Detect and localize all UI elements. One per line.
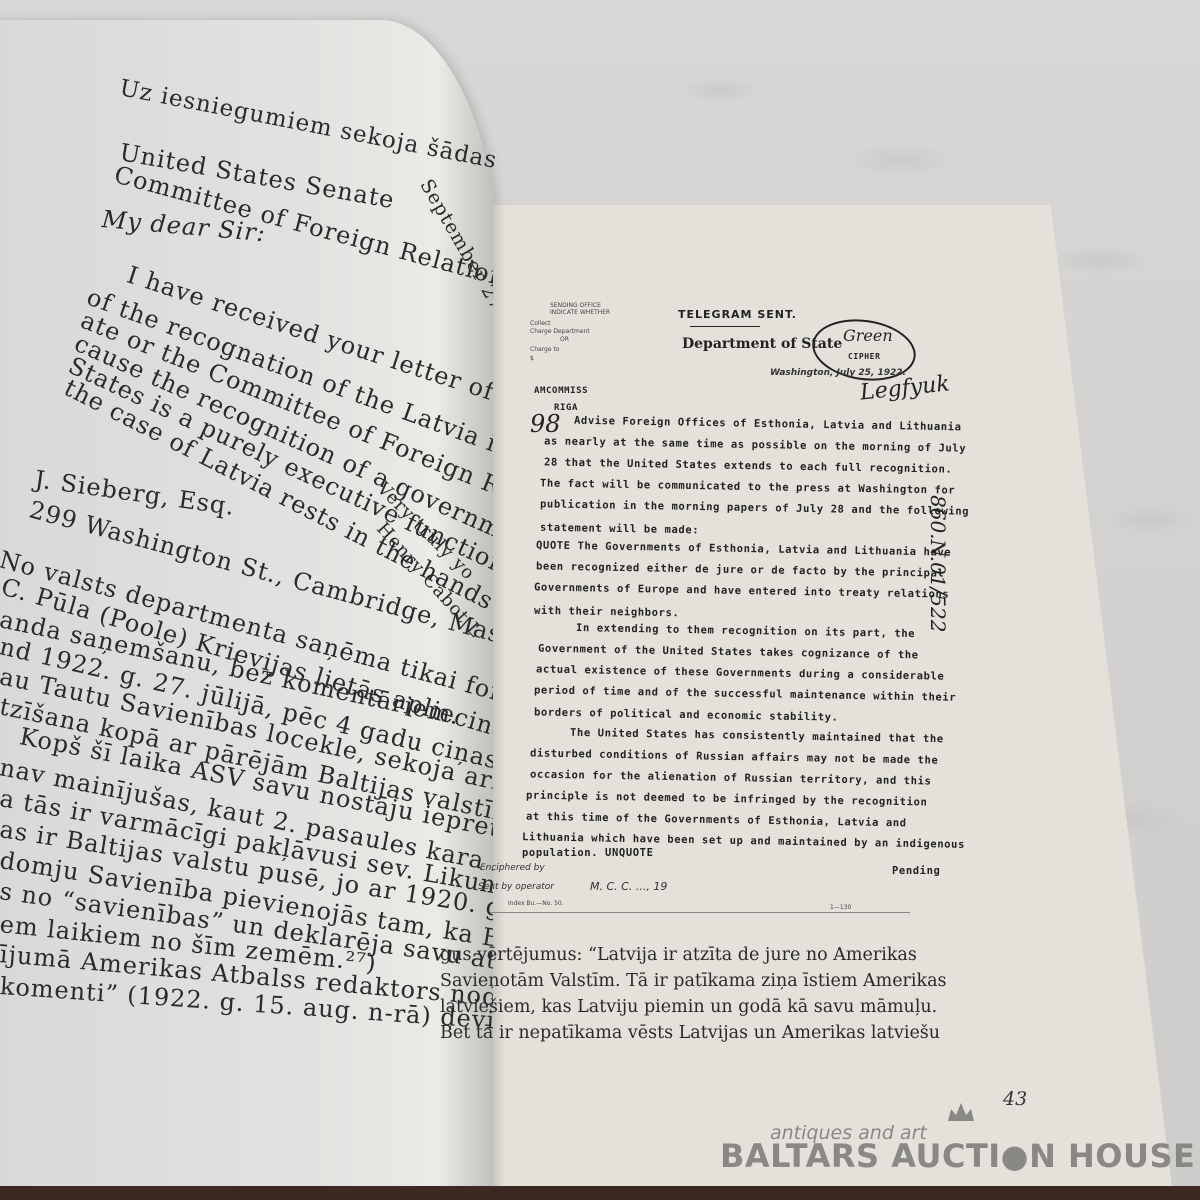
sent-by-value: M. C. C. ..., 19 (590, 880, 667, 893)
telegram-line: period of time and of the successful mai… (534, 684, 956, 703)
telegram-line: In extending to them recognition on its … (576, 622, 915, 640)
telegram-line: Governments of Europe and have entered i… (534, 581, 949, 600)
book-gutter-shadow (493, 205, 505, 1195)
handwritten-green: Green (843, 326, 893, 345)
text-line: Savienotām Valstīm. Tā ir patīkama ziņa … (440, 971, 947, 991)
sent-by-label: Sent by operator (478, 882, 554, 892)
telegram-indicate: INDICATE WHETHER (550, 309, 610, 316)
telegram-index: Index Bu.—No. 50. (508, 900, 564, 907)
telegram-line: publication in the morning papers of Jul… (540, 498, 969, 517)
telegram-facsimile: SENDING OFFICE INDICATE WHETHER Collect … (530, 300, 970, 900)
telegram-or: OR (560, 336, 569, 343)
handwritten-file-number: 860.N.01/522 (926, 495, 950, 632)
telegram-dollar: $ (530, 355, 534, 362)
crown-icon (948, 1103, 974, 1121)
telegram-line: Government of the United States takes co… (538, 643, 919, 662)
watermark-title: BALTARS AUCTI●N HOUSE (720, 1137, 1195, 1175)
telegram-line: population. UNQUOTE (522, 847, 654, 859)
telegram-addressee: AMCOMMISS (534, 386, 588, 396)
telegram-line: QUOTE The Governments of Esthonia, Latvi… (536, 539, 951, 558)
telegram-title: TELEGRAM SENT. (678, 308, 797, 321)
text-line: latviešiem, kas Latviju piemin un godā k… (440, 997, 937, 1017)
telegram-place-date: Washington, July 25, 1922. (770, 368, 906, 378)
telegram-line: actual existence of these Governments du… (536, 663, 945, 682)
title-underline (690, 326, 760, 327)
telegram-line: occasion for the alienation of Russian t… (530, 768, 932, 787)
telegram-line: at this time of the Governments of Estho… (526, 811, 907, 830)
text-line: gus vērtējumus: “Latvija ir atzīta de ju… (440, 945, 917, 965)
telegram-pending: Pending (892, 865, 940, 877)
telegram-line: been recognized either de jure or de fac… (536, 560, 945, 579)
telegram-line: 28 that the United States extends to eac… (544, 456, 953, 475)
telegram-code-word: CIPHER (848, 352, 881, 361)
handwritten-number: 98 (530, 410, 561, 438)
telegram-charge-dept: Charge Department (530, 328, 590, 335)
enciphered-by-label: Enciphered by (480, 863, 545, 873)
telegram-footer-rule (490, 912, 910, 913)
telegram-form-code: 1—130 (830, 904, 851, 911)
text-line: Bet tā ir nepatīkama vēsts Latvijas un A… (440, 1023, 940, 1043)
left-page: Uz iesniegumiem sekoja šādas atbildes: U… (0, 20, 500, 1200)
telegram-sending-office: SENDING OFFICE (550, 302, 601, 309)
telegram-charge-to: Charge to (530, 346, 559, 353)
telegram-line: The fact will be communicated to the pre… (540, 477, 955, 496)
telegram-line: Advise Foreign Offices of Esthonia, Latv… (574, 415, 962, 434)
telegram-line: principle is not deemed to be infringed … (526, 789, 928, 808)
page-number: 43 (1003, 1088, 1027, 1110)
telegram-collect: Collect (530, 320, 551, 327)
telegram-line: disturbed conditions of Russian affairs … (530, 747, 939, 766)
telegram-line: The United States has consistently maint… (570, 727, 944, 746)
table-edge-shadow (0, 1186, 1200, 1200)
left-page-text: Uz iesniegumiem sekoja šādas atbildes: U… (0, 20, 500, 1200)
telegram-line: as nearly at the same time as possible o… (544, 435, 966, 454)
telegram-line: with their neighbors. (534, 605, 680, 620)
telegram-line: borders of political and economic stabil… (534, 706, 839, 723)
telegram-line: statement will be made: (540, 522, 699, 537)
